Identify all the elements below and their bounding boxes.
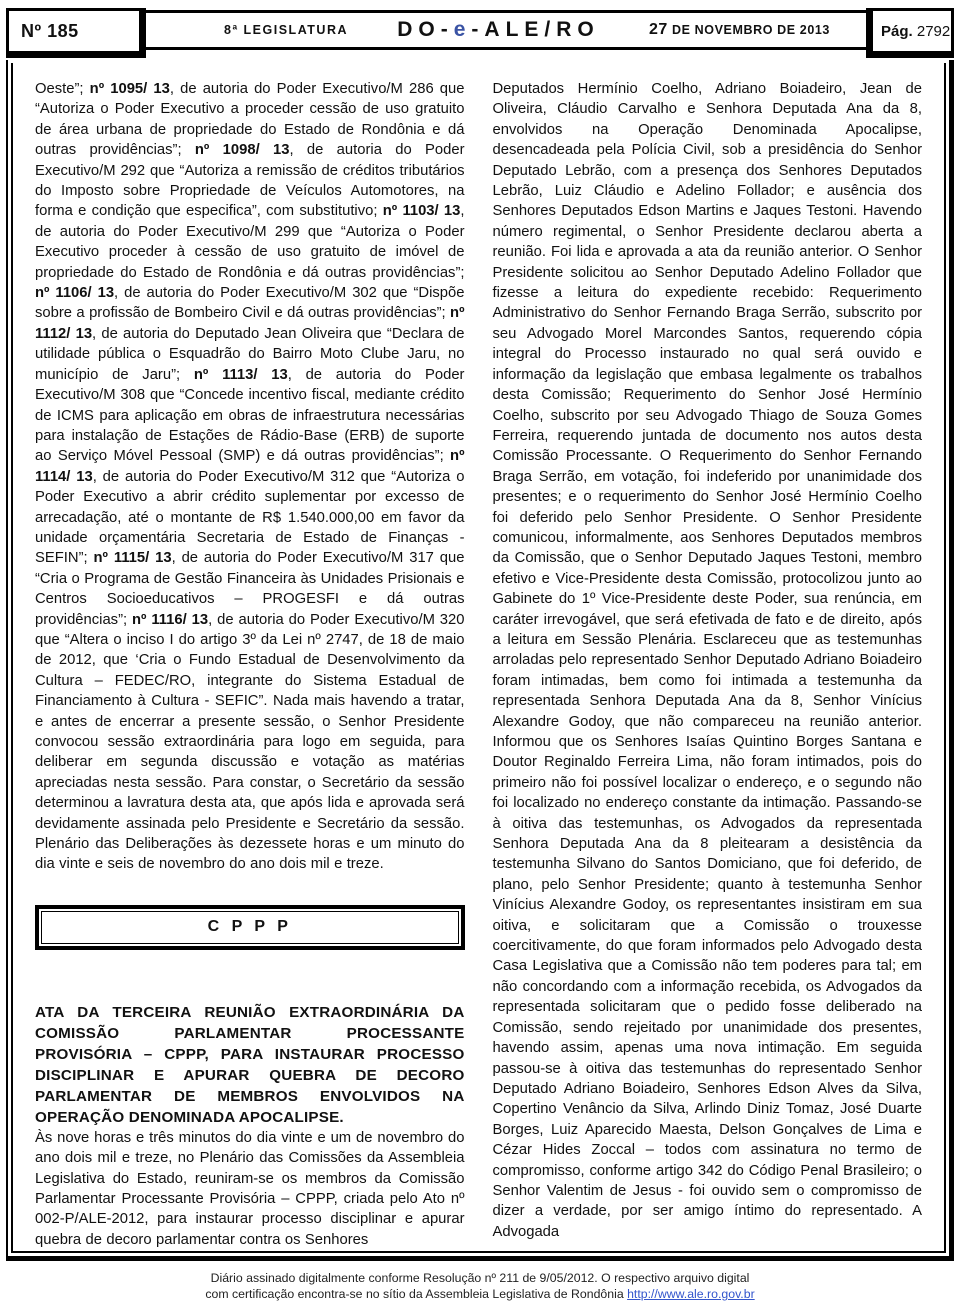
gazette-title: DO-e-ALE/RO [397, 18, 600, 42]
gazette-title-e: e [454, 18, 472, 41]
session-minutes-continuation: Oeste”; nº 1095/ 13, de autoria do Poder… [35, 79, 465, 875]
ata-paragraph-continuation: Deputados Hermínio Coelho, Adriano Boiad… [493, 79, 923, 1242]
ata-opening-paragraph: Às nove horas e três minutos do dia vint… [35, 1128, 465, 1250]
masthead-band: 8ª LEGISLATURA DO-e-ALE/RO 27 DE NOVEMBR… [146, 10, 866, 50]
ata-heading: ATA DA TERCEIRA REUNIÃO EXTRAORDINÁRIA D… [35, 1002, 465, 1128]
gazette-title-part1: DO- [397, 18, 454, 41]
edition-date-rest: DE NOVEMBRO DE 2013 [672, 23, 830, 37]
issue-number-box: Nº 185 [6, 8, 146, 58]
page-number-box: Pág. 2792 [866, 8, 954, 58]
page-footer: Diário assinado digitalmente conforme Re… [6, 1270, 954, 1302]
right-column: Deputados Hermínio Coelho, Adriano Boiad… [493, 79, 923, 1233]
gazette-title-part2: -ALE/RO [471, 18, 599, 41]
page-number-value: 2792 [917, 23, 950, 40]
cppp-section-box: C P P P [35, 905, 465, 950]
ale-website-link[interactable]: http://www.ale.ro.gov.br [627, 1287, 755, 1301]
edition-date-day: 27 [649, 21, 668, 38]
gazette-page: Nº 185 8ª LEGISLATURA DO-e-ALE/RO 27 DE … [6, 0, 954, 1302]
page-number-label: Pág. [881, 23, 913, 40]
footer-line2: com certificação encontra-se no sítio da… [6, 1286, 954, 1302]
masthead-header: Nº 185 8ª LEGISLATURA DO-e-ALE/RO 27 DE … [6, 8, 954, 60]
issue-number: Nº 185 [21, 21, 79, 42]
footer-line1: Diário assinado digitalmente conforme Re… [6, 1270, 954, 1286]
left-column: Oeste”; nº 1095/ 13, de autoria do Poder… [35, 79, 465, 1233]
footer-line2-text: com certificação encontra-se no sítio da… [205, 1287, 627, 1301]
legislature-label: 8ª LEGISLATURA [224, 23, 348, 37]
content-frame: Oeste”; nº 1095/ 13, de autoria do Poder… [6, 60, 954, 1261]
section-title: C P P P [41, 911, 459, 944]
content-area: Oeste”; nº 1095/ 13, de autoria do Poder… [11, 63, 946, 1253]
edition-date: 27 DE NOVEMBRO DE 2013 [649, 21, 830, 39]
